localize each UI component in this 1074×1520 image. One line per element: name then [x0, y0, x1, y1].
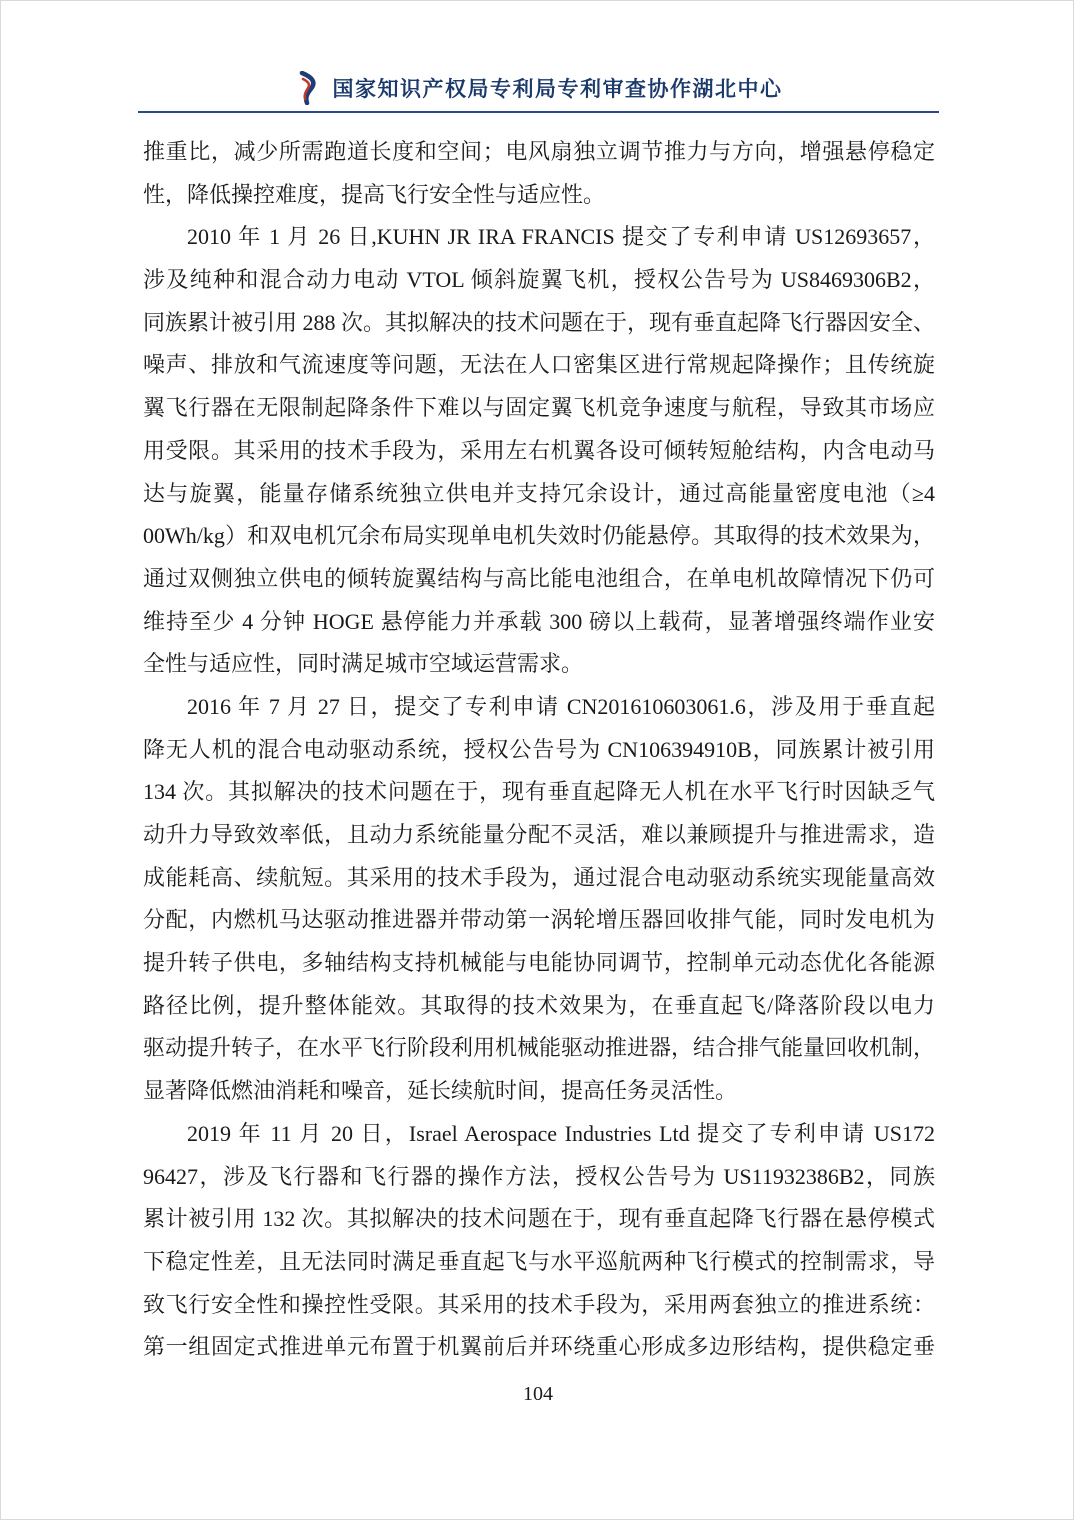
- body-text: 推重比，减少所需跑道长度和空间；电风扇独立调节推力与方向，增强悬停稳定性，降低操…: [143, 131, 935, 1369]
- text-line: 涉及纯种和混合动力电动 VTOL 倾斜旋翼飞机，授权公告号为 US8469306…: [143, 259, 935, 302]
- text-line: 累计被引用 132 次。其拟解决的技术问题在于，现有垂直起降飞行器在悬停模式: [143, 1198, 935, 1241]
- text-line: 提升转子供电，多轴结构支持机械能与电能协同调节，控制单元动态优化各能源: [143, 942, 935, 985]
- text-line: 134 次。其拟解决的技术问题在于，现有垂直起降无人机在水平飞行时因缺乏气: [143, 771, 935, 814]
- text-line: 降无人机的混合电动驱动系统，授权公告号为 CN106394910B，同族累计被引…: [143, 729, 935, 772]
- text-line: 达与旋翼，能量存储系统独立供电并支持冗余设计，通过高能量密度电池（≥4: [143, 473, 935, 516]
- text-line: 噪声、排放和气流速度等问题，无法在人口密集区进行常规起降操作；且传统旋: [143, 344, 935, 387]
- text-line: 2010 年 1 月 26 日,KUHN JR IRA FRANCIS 提交了专…: [143, 216, 935, 259]
- page-number: 104: [523, 1383, 553, 1405]
- text-line: 动升力导致效率低，且动力系统能量分配不灵活，难以兼顾提升与推进需求，造: [143, 814, 935, 857]
- text-line: 同族累计被引用 288 次。其拟解决的技术问题在于，现有垂直起降飞行器因安全、: [143, 302, 935, 345]
- text-line: 推重比，减少所需跑道长度和空间；电风扇独立调节推力与方向，增强悬停稳定: [143, 131, 935, 174]
- text-line: 翼飞行器在无限制起降条件下难以与固定翼飞机竞争速度与航程，导致其市场应: [143, 387, 935, 430]
- text-line: 全性与适应性，同时满足城市空域运营需求。: [143, 643, 935, 686]
- text-line: 通过双侧独立供电的倾转旋翼结构与高比能电池组合，在单电机故障情况下仍可: [143, 558, 935, 601]
- text-line: 96427，涉及飞行器和飞行器的操作方法，授权公告号为 US11932386B2…: [143, 1156, 935, 1199]
- text-line: 2019 年 11 月 20 日，Israel Aerospace Indust…: [143, 1113, 935, 1156]
- cnipa-swoosh-icon: [295, 71, 319, 105]
- text-line: 维持至少 4 分钟 HOGE 悬停能力并承载 300 磅以上载荷，显著增强终端作…: [143, 601, 935, 644]
- text-line: 致飞行安全性和操控性受限。其采用的技术手段为，采用两套独立的推进系统：: [143, 1284, 935, 1327]
- text-line: 2016 年 7 月 27 日，提交了专利申请 CN201610603061.6…: [143, 686, 935, 729]
- header-rule: [138, 111, 939, 113]
- text-line: 第一组固定式推进单元布置于机翼前后并环绕重心形成多边形结构，提供稳定垂: [143, 1326, 935, 1369]
- text-line: 用受限。其采用的技术手段为，采用左右机翼各设可倾转短舱结构，内含电动马: [143, 430, 935, 473]
- text-line: 显著降低燃油消耗和噪音，延长续航时间，提高任务灵活性。: [143, 1070, 935, 1113]
- text-line: 路径比例，提升整体能效。其取得的技术效果为，在垂直起飞/降落阶段以电力: [143, 985, 935, 1028]
- page-header: 国家知识产权局专利局专利审查协作湖北中心: [138, 69, 939, 107]
- text-line: 00Wh/kg）和双电机冗余布局实现单电机失效时仍能悬停。其取得的技术效果为，: [143, 515, 935, 558]
- text-line: 成能耗高、续航短。其采用的技术手段为，通过混合电动驱动系统实现能量高效: [143, 857, 935, 900]
- document-page: 国家知识产权局专利局专利审查协作湖北中心 推重比，减少所需跑道长度和空间；电风扇…: [0, 0, 1074, 1520]
- text-line: 下稳定性差，且无法同时满足垂直起飞与水平巡航两种飞行模式的控制需求，导: [143, 1241, 935, 1284]
- header-org-name: 国家知识产权局专利局专利审查协作湖北中心: [333, 73, 783, 103]
- text-line: 分配，内燃机马达驱动推进器并带动第一涡轮增压器回收排气能，同时发电机为: [143, 899, 935, 942]
- text-line: 性，降低操控难度，提高飞行安全性与适应性。: [143, 174, 935, 217]
- page-footer: 104: [1, 1383, 1074, 1406]
- text-line: 驱动提升转子，在水平飞行阶段利用机械能驱动推进器，结合排气能量回收机制，: [143, 1027, 935, 1070]
